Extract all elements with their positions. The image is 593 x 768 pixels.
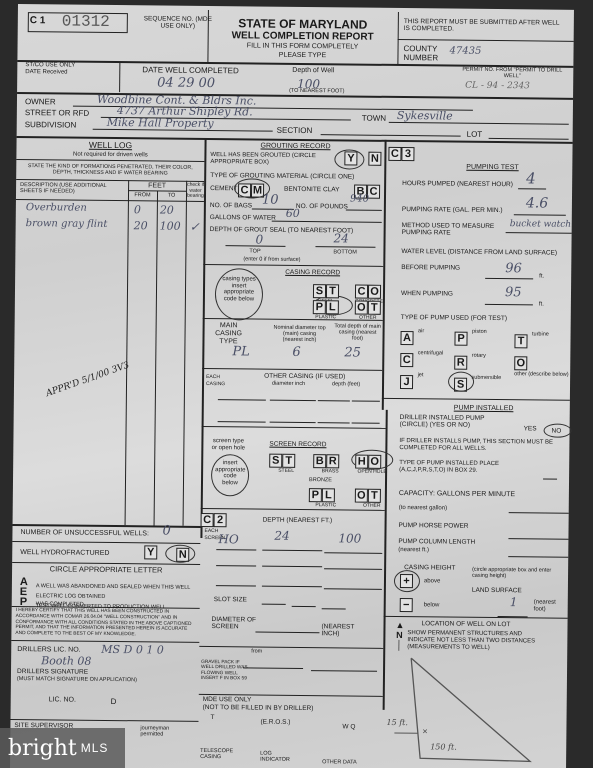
col-to: TO (157, 192, 186, 198)
each-screen-label: EACH SCREEN (204, 528, 210, 541)
bronze-label: BRONZE (309, 477, 332, 483)
screen-depth-field[interactable] (324, 543, 382, 554)
sequence-label: SEQUENCE NO. (MDE USE ONLY) (138, 15, 218, 31)
distance-1: 15 ft. (386, 718, 408, 727)
table-row: brown gray flint20100✓ (16, 218, 204, 236)
other-diameter-label: diameter inch (272, 381, 305, 387)
before-label: BEFORE PUMPING (401, 264, 460, 272)
grouted-yes-circle (334, 149, 364, 169)
screen-note-1: screen type or open hole (209, 438, 247, 452)
permit-label: PERMIT NO. FROM "PERMIT TO DRILL WELL" (457, 67, 567, 81)
driller-signature: Booth 08 (41, 654, 91, 668)
rate-value: 4.6 (526, 195, 548, 211)
mde-telescope: TELESCOPE CASING (200, 748, 240, 761)
lot-field[interactable] (489, 129, 569, 140)
col-from: FROM (128, 192, 157, 198)
lic2-value: D (111, 697, 117, 706)
before-value: 96 (505, 261, 522, 276)
form-number: 01312 (62, 12, 110, 31)
county-value: 47435 (449, 46, 481, 57)
screen-depth-field[interactable] (262, 541, 322, 552)
cell-from: 0 (134, 203, 141, 216)
date-completed-value: 04 29 00 (157, 75, 215, 91)
screen-depth-field[interactable] (216, 540, 256, 550)
casing-title: CASING RECORD (285, 269, 340, 277)
grouted-label: WELL HAS BEEN GROUTED (Circle Appropriat… (210, 152, 320, 167)
cell-to: 100 (160, 219, 181, 232)
well-log-rows (18, 4, 574, 10)
seal-from: 0 (255, 233, 263, 247)
casing-height-value: 1 (510, 595, 518, 609)
bags-label: NO. OF BAGS (210, 202, 252, 210)
driller-pump-label: DRILLER INSTALLED PUMP (CIRCLE) (YES or … (400, 414, 510, 430)
cell-description: Overburden (26, 202, 87, 214)
screen-code-pl[interactable]: PLPLASTIC (309, 485, 343, 509)
well-completion-form: C 1 01312 SEQUENCE NO. (MDE USE ONLY) ST… (10, 4, 574, 768)
hydrofractured-no-circle (165, 545, 195, 563)
town-value: Sykesville (397, 109, 453, 123)
col-description: DESCRIPTION (use additional sheets if ne… (20, 182, 120, 195)
mde-wq: W Q (342, 723, 355, 731)
hours-value: 4 (526, 169, 536, 187)
pump-type-s[interactable]: S submersible (454, 375, 510, 394)
journeyman-label: journeyman permitted (140, 725, 190, 738)
seal-note: (enter 0 if from surface) (243, 256, 300, 263)
report-title: WELL COMPLETION REPORT (208, 30, 398, 43)
below-label: below (424, 602, 440, 609)
screen-section-code: C2 (201, 510, 227, 528)
lic2-label: LIC. NO. (49, 696, 76, 704)
lot-label: LOT (467, 130, 483, 139)
pump-installed-title: PUMP INSTALLED (454, 405, 514, 414)
cell-water: ✓ (190, 220, 200, 234)
well-log-subtitle: Not required for driven wells (16, 151, 204, 160)
when-value: 95 (505, 285, 522, 300)
screen-rows (18, 4, 574, 10)
approval-note: APPR'D 5/1/00 3V3 (45, 360, 131, 399)
above-label: above (424, 578, 440, 585)
pump-notice: IF DRILLER INSTALLS PUMP, THIS SECTION M… (399, 438, 559, 453)
pounds-value: 940 (350, 193, 369, 204)
submit-notice: THIS REPORT MUST BE SUBMITTED AFTER WELL… (404, 18, 564, 35)
date-received-label: DATE Received (25, 69, 67, 76)
casing-above-circle (394, 570, 420, 592)
signature-label: DRILLERS SIGNATURE (17, 668, 88, 676)
seal-label: DEPTH OF GROUT SEAL (to nearest foot) (210, 226, 354, 235)
pumping-test-title: PUMPING TEST (466, 164, 518, 173)
other-casing-1[interactable] (218, 390, 266, 401)
screen-note-2: insert appropriate code below (215, 460, 245, 487)
pump-type-options (18, 4, 574, 10)
screen-code-st[interactable]: STSTEEL (269, 451, 303, 475)
gravel-from-label: from (251, 648, 262, 654)
well-log-instructions: STATE THE KIND OF FORMATIONS PENETRATED,… (22, 163, 198, 177)
casing-height-note: (circle appropriate box and enter casing… (472, 567, 562, 580)
pump-type-o[interactable]: O other (describe below) (514, 353, 570, 390)
county-label: COUNTY NUMBER (403, 44, 443, 63)
total-depth-value: 25 (344, 345, 361, 360)
pump-no-circle (543, 424, 571, 438)
water-value: 60 (286, 207, 300, 220)
mde-t: T (210, 714, 214, 722)
method-label: METHOD USED TO MEASURE PUMPING RATE (402, 222, 502, 238)
instructions-1: FILL IN THIS FORM COMPLETELY (208, 42, 398, 51)
capacity-label: CAPACITY: GALLONS PER MINUTE (399, 490, 515, 499)
lic-value: MS D 0 1 0 (101, 643, 164, 657)
hydrofractured-yes[interactable]: Y (144, 545, 157, 559)
material-label: TYPE OF GROUTING MATERIAL (Circle one) (210, 172, 354, 181)
pump-type-c[interactable]: C centrifugal (400, 350, 456, 369)
main-type-value: PL (232, 344, 250, 359)
mde-other: OTHER DATA (322, 759, 357, 766)
casing-codes (18, 4, 574, 10)
pump-type-label: TYPE OF PUMP USED (for test) (401, 314, 507, 323)
north-arrow-icon: ▲N│ (395, 620, 403, 650)
rate-label: PUMPING RATE (gal. per min.) (402, 206, 503, 215)
screen-diameter-note: (NEAREST INCH) (321, 623, 361, 638)
slot-size-label: SLOT SIZE (214, 596, 247, 604)
street-label: STREET OR RFD (25, 108, 89, 118)
pounds-label: NO. OF POUNDS (296, 203, 348, 211)
nearest-foot: (nearest foot) (534, 599, 568, 613)
table-row: Overburden020 (16, 202, 204, 220)
screen-code-ho[interactable]: HOOPEN HOLE (355, 452, 389, 476)
hydrofractured-label: WELL HYDROFRACTURED (20, 549, 109, 558)
land-surface-label: LAND SURFACE (472, 587, 522, 595)
mde-log: LOG INDICATOR (260, 751, 300, 764)
water-label: GALLONS OF WATER (210, 214, 276, 222)
when-label: WHEN PUMPING (401, 290, 453, 298)
screen-depth-label: DEPTH (nearest ft.) (263, 517, 333, 525)
other-depth-label: depth (feet) (332, 381, 360, 387)
lot-sketch: × (382, 648, 567, 768)
pump-type-installed-label: TYPE OF PUMP INSTALLED PLACE (A,C,J,P,R,… (399, 460, 499, 475)
hours-label: HOURS PUMPED (nearest hour) (402, 180, 513, 189)
unsuccessful-value: 0 (162, 524, 170, 539)
diameter-value: 6 (292, 345, 300, 360)
seal-to: 24 (333, 231, 348, 245)
pump-type-p[interactable]: P piston (454, 329, 510, 348)
pump-type-r[interactable]: R rotary (454, 353, 510, 372)
casing-below-box[interactable]: − (400, 598, 413, 612)
capacity-note: (to nearest gallon) (399, 505, 447, 512)
town-label: TOWN (362, 114, 386, 123)
each-casing-label: EACH CASING (206, 374, 212, 387)
section-field[interactable] (321, 125, 461, 136)
svg-text:×: × (422, 726, 427, 736)
col-check: check if water bearing (187, 183, 204, 200)
depth-label: Depth of Well (292, 67, 334, 75)
cell-description: brown gray flint (26, 218, 108, 230)
unsuccessful-label: NUMBER OF UNSUCCESSFUL WELLS: (20, 529, 149, 538)
casing-code-ot[interactable]: OTOTHER (355, 298, 381, 322)
instructions-2: PLEASE TYPE (207, 51, 397, 60)
hp-label: PUMP HORSE POWER (399, 522, 469, 530)
bottom-label: BOTTOM (333, 249, 356, 255)
total-depth-label: Total depth of main casing (nearest foot… (332, 323, 382, 342)
distance-2: 150 ft. (430, 742, 457, 751)
main-type-label: MAIN CASING TYPE (210, 322, 246, 347)
permit-value: CL - 94 - 2343 (465, 81, 530, 92)
mde-title: MDE USE ONLY (203, 696, 252, 704)
screen-diameter-label: DIAMETER OF SCREEN (211, 616, 261, 631)
date-completed-label: DATE WELL COMPLETED (142, 65, 239, 75)
casing-note: casing types insert appropriate code bel… (219, 276, 259, 303)
grouted-no[interactable]: N (368, 152, 381, 166)
cell-to: 20 (160, 203, 174, 216)
mde-eros: (E.R.O.S.) (260, 719, 290, 727)
pump-type-a[interactable]: A air (400, 328, 456, 347)
other-casing-label: OTHER CASING (if used) (264, 373, 345, 381)
casing-code-pl[interactable]: PLPLASTIC (313, 297, 339, 321)
screen-codes (18, 4, 574, 10)
top-label: TOP (249, 248, 260, 254)
screen-code-br[interactable]: BRBRASS (313, 451, 347, 475)
water-level-label: WATER LEVEL (distance from land surface) (401, 248, 557, 257)
letter-P[interactable]: P (20, 592, 28, 610)
letter-text: TEST WELL CONVERTED TO PRODUCTION WELL (36, 594, 196, 614)
location-title: LOCATION OF WELL ON LOT (421, 620, 510, 628)
bags-value: 10 (262, 193, 279, 208)
letter-options (18, 4, 574, 10)
method-value: bucket watch (510, 219, 571, 230)
pump-type-t[interactable]: T turbine (514, 331, 570, 350)
column-label: PUMP COLUMN LENGTH (398, 538, 475, 546)
other-casing-2[interactable] (218, 412, 266, 423)
diameter-label: Nominal diameter top (main) casing (near… (272, 325, 326, 344)
well-log-title: WELL LOG (16, 140, 204, 152)
section-label: SECTION (277, 126, 313, 136)
mde-subtitle: (NOT TO BE FILLED IN BY DRILLER) (203, 704, 314, 713)
signature-note: (MUST MATCH SIGNATURE ON APPLICATION) (17, 676, 137, 683)
selected-pump-circle (448, 372, 474, 392)
bright-mls-watermark: bright MLS (0, 728, 125, 768)
subdivision-label: SUBDIVISION (25, 120, 77, 130)
owner-label: OWNER (25, 97, 56, 107)
depth-note: (TO NEAREST FOOT) (289, 88, 344, 95)
column-note: (nearest ft.) (398, 547, 429, 554)
subdivision-value: Mike Hall Property (107, 116, 214, 130)
screen-title: SCREEN RECORD (269, 441, 326, 449)
pump-yes[interactable]: YES (524, 425, 537, 433)
screen-code-ot[interactable]: OTOTHER (355, 486, 389, 510)
cell-from: 20 (134, 219, 148, 232)
form-code: C 1 (30, 15, 46, 26)
bentonite-label: BENTONITE CLAY (284, 186, 339, 194)
pumping-section-code: C3 (388, 144, 414, 162)
